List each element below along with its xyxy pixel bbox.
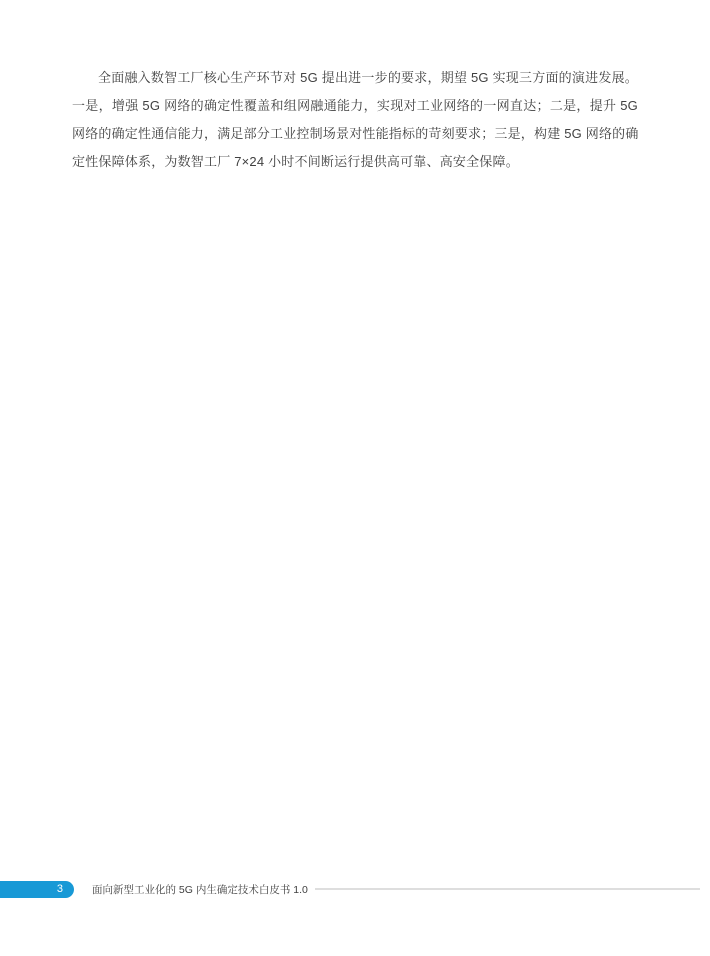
body-paragraph: 全面融入数智工厂核心生产环节对 5G 提出进一步的要求，期望 5G 实现三方面的…	[72, 64, 638, 176]
paragraph-line-2: 一是，增强 5G 网络的确定性覆盖和组网融通能力，实现对工业网络的一网直达；二是…	[72, 92, 638, 120]
paragraph-line-4: 定性保障体系，为数智工厂 7×24 小时不间断运行提供高可靠、高安全保障。	[72, 148, 638, 176]
footer-document-title: 面向新型工业化的 5G 内生确定技术白皮书 1.0	[92, 882, 308, 897]
page-number-badge: 3	[0, 881, 74, 898]
paragraph-line-3: 网络的确定性通信能力，满足部分工业控制场景对性能指标的苛刻要求；三是，构建 5G…	[72, 120, 638, 148]
document-page: 全面融入数智工厂核心生产环节对 5G 提出进一步的要求，期望 5G 实现三方面的…	[0, 0, 710, 956]
page-number: 3	[57, 884, 63, 895]
paragraph-line-1: 全面融入数智工厂核心生产环节对 5G 提出进一步的要求，期望 5G 实现三方面的…	[72, 64, 638, 92]
page-footer: 3 面向新型工业化的 5G 内生确定技术白皮书 1.0	[0, 880, 700, 898]
footer-rule	[315, 888, 700, 890]
